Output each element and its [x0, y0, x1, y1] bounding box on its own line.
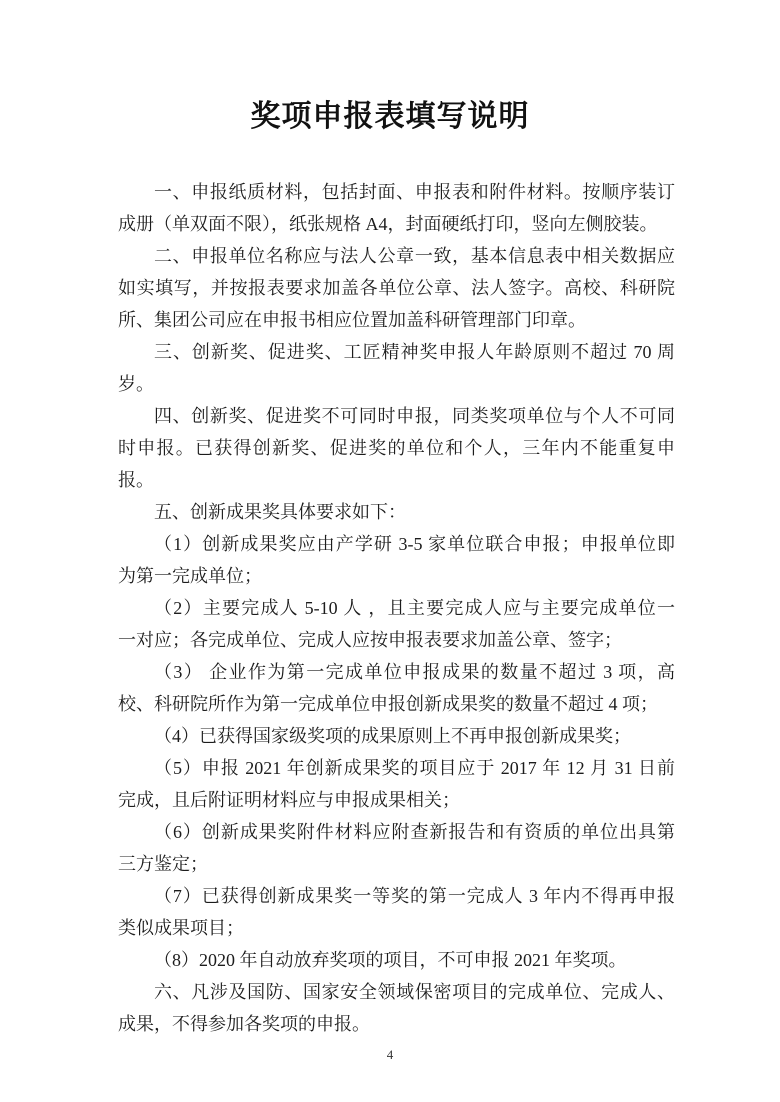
- text-line: 二、申报单位名称应与法人公章一致，基本信息表中相关数据应: [118, 240, 675, 272]
- text-line: 一、申报纸质材料，包括封面、申报表和附件材料。按顺序装订: [118, 176, 675, 208]
- text-line: 三、创新奖、促进奖、工匠精神奖申报人年龄原则不超过 70 周: [118, 336, 675, 368]
- page-title: 奖项申报表填写说明: [0, 97, 780, 137]
- text-line: （1）创新成果奖应由产学研 3-5 家单位联合申报；申报单位即: [118, 528, 675, 560]
- text-line: 岁。: [118, 368, 675, 400]
- text-line: 类似成果项目；: [118, 912, 675, 944]
- text-line: （8）2020 年自动放弃奖项的项目，不可申报 2021 年奖项。: [118, 944, 675, 976]
- text-line: （4）已获得国家级奖项的成果原则上不再申报创新成果奖；: [118, 720, 675, 752]
- text-line: 成册（单双面不限），纸张规格 A4，封面硬纸打印，竖向左侧胶装。: [118, 208, 675, 240]
- text-line: 所、集团公司应在申报书相应位置加盖科研管理部门印章。: [118, 304, 675, 336]
- page-number: 4: [0, 1046, 780, 1064]
- text-line: 如实填写，并按报表要求加盖各单位公章、法人签字。高校、科研院: [118, 272, 675, 304]
- text-line: 五、创新成果奖具体要求如下：: [118, 496, 675, 528]
- text-line: 六、凡涉及国防、国家安全领域保密项目的完成单位、完成人、: [118, 976, 675, 1008]
- text-line: 一对应；各完成单位、完成人应按申报表要求加盖公章、签字；: [118, 624, 675, 656]
- text-line: 时申报。已获得创新奖、促进奖的单位和个人，三年内不能重复申: [118, 432, 675, 464]
- text-line: 四、创新奖、促进奖不可同时申报，同类奖项单位与个人不可同: [118, 400, 675, 432]
- document-body: 一、申报纸质材料，包括封面、申报表和附件材料。按顺序装订成册（单双面不限），纸张…: [118, 176, 675, 1040]
- text-line: （5）申报 2021 年创新成果奖的项目应于 2017 年 12 月 31 日前: [118, 752, 675, 784]
- text-line: （7）已获得创新成果奖一等奖的第一完成人 3 年内不得再申报: [118, 880, 675, 912]
- text-line: 三方鉴定；: [118, 848, 675, 880]
- text-line: （6）创新成果奖附件材料应附查新报告和有资质的单位出具第: [118, 816, 675, 848]
- document-page: 奖项申报表填写说明 一、申报纸质材料，包括封面、申报表和附件材料。按顺序装订成册…: [0, 0, 780, 1102]
- text-line: 报。: [118, 464, 675, 496]
- text-line: （3） 企业作为第一完成单位申报成果的数量不超过 3 项，高: [118, 656, 675, 688]
- text-line: 完成，且后附证明材料应与申报成果相关；: [118, 784, 675, 816]
- text-line: （2）主要完成人 5-10 人 ，且主要完成人应与主要完成单位一: [118, 592, 675, 624]
- text-line: 为第一完成单位；: [118, 560, 675, 592]
- text-line: 校、科研院所作为第一完成单位申报创新成果奖的数量不超过 4 项；: [118, 688, 675, 720]
- text-line: 成果，不得参加各奖项的申报。: [118, 1008, 675, 1040]
